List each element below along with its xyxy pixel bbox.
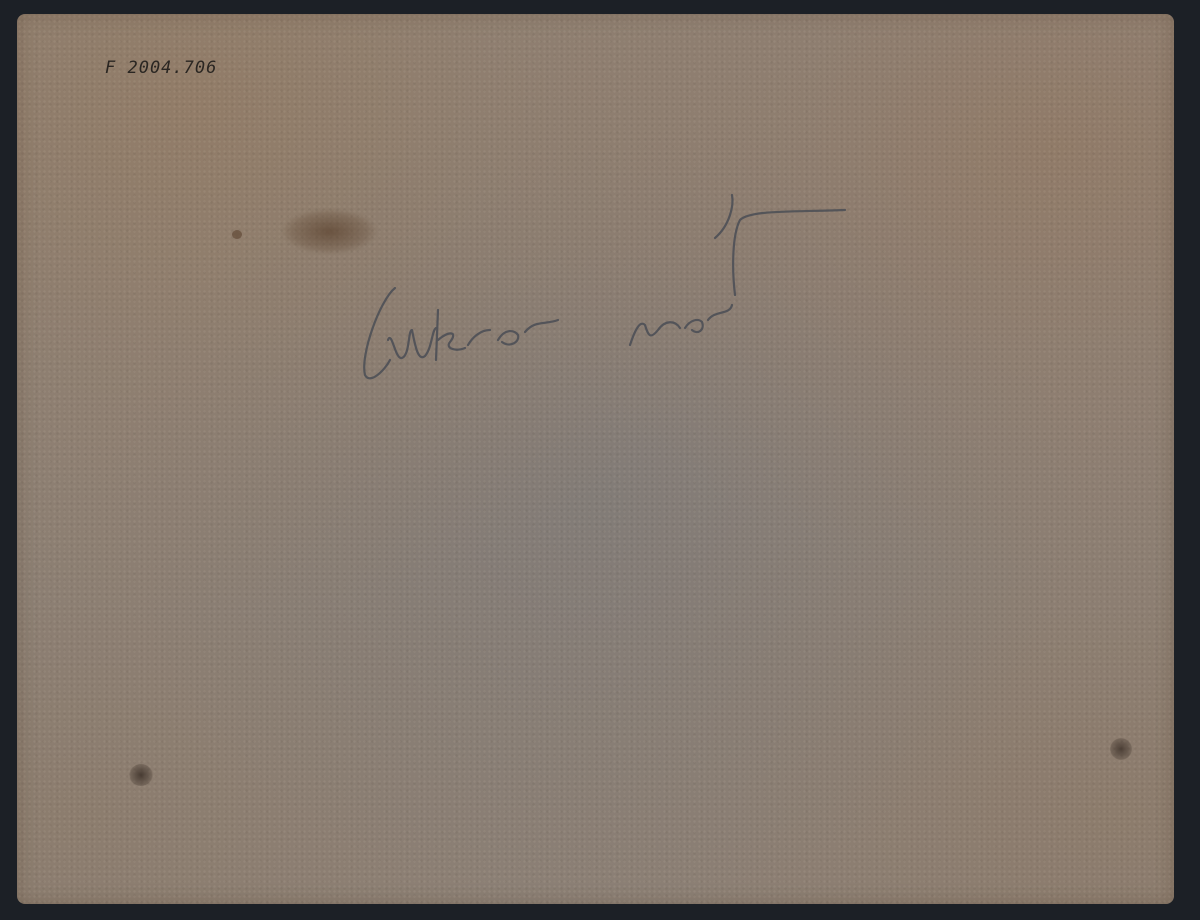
stain-spot-bottom-right (1110, 738, 1132, 760)
accession-number: F 2004.706 (105, 58, 217, 78)
stain-small (232, 230, 242, 239)
handwriting-strokes (340, 180, 900, 400)
card-back: F 2004.706 (17, 14, 1174, 904)
paper-texture (17, 14, 1174, 904)
stain-spot-bottom-left (129, 764, 153, 786)
pencil-inscription: Cukrov nas (340, 180, 900, 400)
